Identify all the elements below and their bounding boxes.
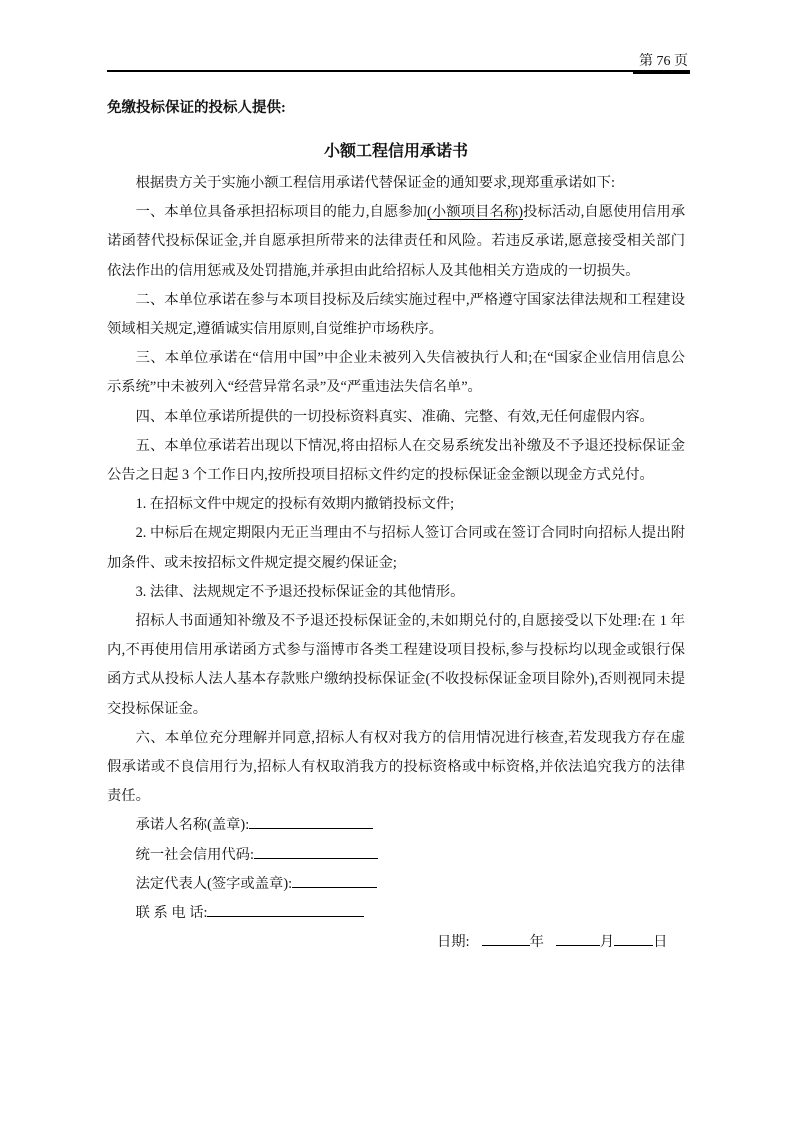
section-heading: 免缴投标保证的投标人提供:: [107, 98, 685, 119]
date-label: 日期:: [437, 934, 470, 950]
paragraph-penalty: 招标人书面通知补缴及不予退还投标保证金的,未如期兑付的,自愿接受以下处理:在 1…: [107, 607, 685, 724]
credit-code-fill-in-line: [254, 845, 378, 859]
year-fill-in-line: [482, 932, 530, 946]
page-number: 第 76 页: [633, 53, 690, 74]
paragraph-item4: 四、本单位承诺所提供的一切投标资料真实、准确、完整、有效,无任何虚假内容。: [107, 403, 685, 432]
item1-prefix: 一、本单位具备承担招标项目的能力,自愿参加: [136, 204, 427, 220]
signature-name-label: 承诺人名称(盖章):: [136, 817, 250, 833]
day-fill-in-line: [614, 932, 653, 946]
signature-row-name: 承诺人名称(盖章):: [107, 811, 685, 840]
phone-fill-in-line: [207, 903, 364, 917]
paragraph-item5: 五、本单位承诺若出现以下情况,将由招标人在交易系统发出补缴及不予退还投标保证金公…: [107, 432, 685, 490]
name-fill-in-line: [249, 815, 373, 829]
month-fill-in-line: [556, 932, 600, 946]
paragraph-intro: 根据贵方关于实施小额工程信用承诺代替保证金的通知要求,现郑重承诺如下:: [107, 169, 685, 198]
project-name-underline: (小额项目名称): [427, 204, 523, 220]
paragraph-sub1: 1. 在招标文件中规定的投标有效期内撤销投标文件;: [107, 490, 685, 519]
signature-row-phone: 联 系 电 话:: [107, 899, 685, 928]
paragraph-item1: 一、本单位具备承担招标项目的能力,自愿参加(小额项目名称)投标活动,自愿使用信用…: [107, 198, 685, 286]
document-title: 小额工程信用承诺书: [107, 141, 685, 163]
paragraph-item2: 二、本单位承诺在参与本项目投标及后续实施过程中,严格遵守国家法律法规和工程建设领…: [107, 286, 685, 344]
document-page: 第 76 页 免缴投标保证的投标人提供: 小额工程信用承诺书 根据贵方关于实施小…: [0, 0, 793, 1122]
legal-rep-label: 法定代表人(签字或盖章):: [136, 876, 292, 892]
year-label: 年: [530, 934, 544, 950]
document-content: 免缴投标保证的投标人提供: 小额工程信用承诺书 根据贵方关于实施小额工程信用承诺…: [107, 98, 685, 957]
phone-label: 联 系 电 话:: [136, 905, 208, 921]
document-body: 根据贵方关于实施小额工程信用承诺代替保证金的通知要求,现郑重承诺如下: 一、本单…: [107, 169, 685, 811]
credit-code-label: 统一社会信用代码:: [136, 847, 254, 863]
legal-rep-fill-in-line: [292, 874, 377, 888]
month-label: 月: [600, 934, 614, 950]
signature-row-legal-rep: 法定代表人(签字或盖章):: [107, 870, 685, 899]
paragraph-sub3: 3. 法律、法规规定不予退还投标保证金的其他情形。: [107, 578, 685, 607]
paragraph-item6: 六、本单位充分理解并同意,招标人有权对我方的信用情况进行核查,若发现我方存在虚假…: [107, 724, 685, 812]
paragraph-sub2: 2. 中标后在规定期限内无正当理由不与招标人签订合同或在签订合同时向招标人提出附…: [107, 519, 685, 577]
signature-row-credit-code: 统一社会信用代码:: [107, 841, 685, 870]
paragraph-item3: 三、本单位承诺在“信用中国”中企业未被列入失信被执行人和;在“国家企业信用信息公…: [107, 344, 685, 402]
day-label: 日: [653, 934, 667, 950]
date-line: 日期:年月日: [107, 928, 685, 957]
page-header: 第 76 页: [107, 0, 690, 72]
